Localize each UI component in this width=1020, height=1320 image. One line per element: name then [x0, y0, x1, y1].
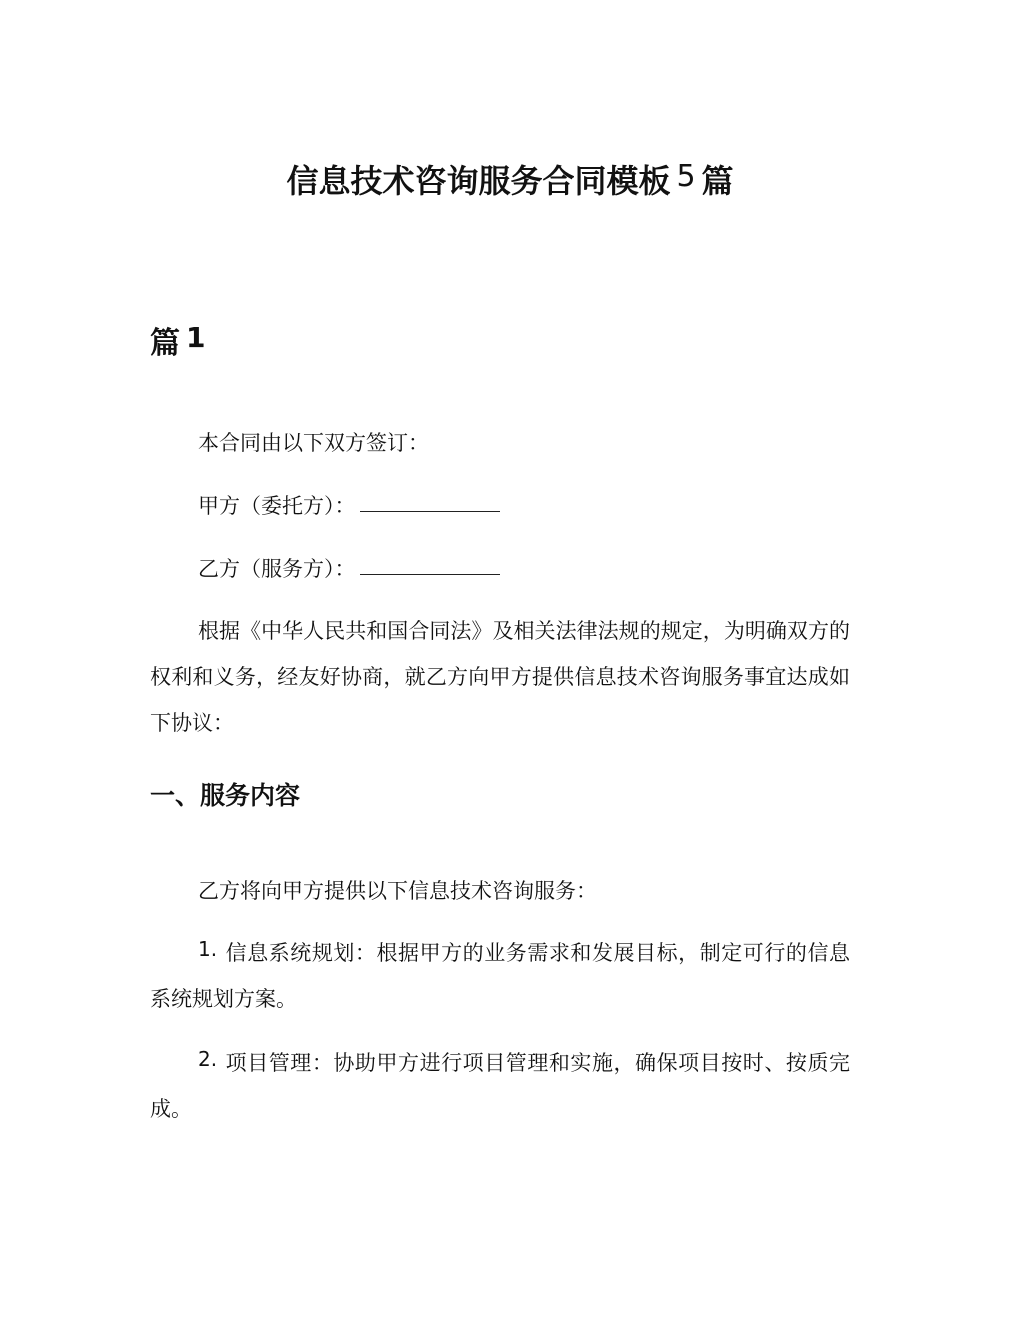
- party-b-blank: [360, 573, 500, 575]
- list-item: 1.信息系统规划：根据甲方的业务需求和发展目标，制定可行的信息系统规划方案。: [150, 930, 850, 1022]
- party-b-line: 乙方（服务方）：: [198, 546, 500, 592]
- list-item-text: 信息系统规划：根据甲方的业务需求和发展目标，制定可行的信息系统规划方案。: [150, 941, 850, 1011]
- list-item-number: 2.: [198, 1047, 217, 1071]
- part-label: 篇: [150, 326, 180, 361]
- list-item-number: 1.: [198, 937, 217, 961]
- intro-line: 本合同由以下双方签订：: [198, 420, 429, 466]
- party-a-label: 甲方（委托方）：: [198, 494, 356, 518]
- section-intro: 乙方将向甲方提供以下信息技术咨询服务：: [198, 868, 597, 914]
- part-number: 1: [186, 321, 205, 354]
- title-main: 信息技术咨询服务合同模板: [286, 162, 670, 200]
- party-a-line: 甲方（委托方）：: [198, 483, 500, 529]
- section-heading: 一、服务内容: [150, 776, 300, 812]
- part-heading: 篇1: [150, 318, 205, 362]
- party-b-label: 乙方（服务方）：: [198, 557, 356, 581]
- preamble-paragraph: 根据《中华人民共和国合同法》及相关法律法规的规定，为明确双方的权利和义务，经友好…: [150, 608, 850, 746]
- list-item: 2.项目管理：协助甲方进行项目管理和实施，确保项目按时、按质完成。: [150, 1040, 850, 1132]
- list-item-text: 项目管理：协助甲方进行项目管理和实施，确保项目按时、按质完成。: [150, 1051, 850, 1121]
- party-a-blank: [360, 510, 500, 512]
- title-suffix: 篇: [702, 162, 734, 200]
- title-count: 5: [676, 159, 695, 194]
- document-title: 信息技术咨询服务合同模板5篇: [0, 156, 1020, 202]
